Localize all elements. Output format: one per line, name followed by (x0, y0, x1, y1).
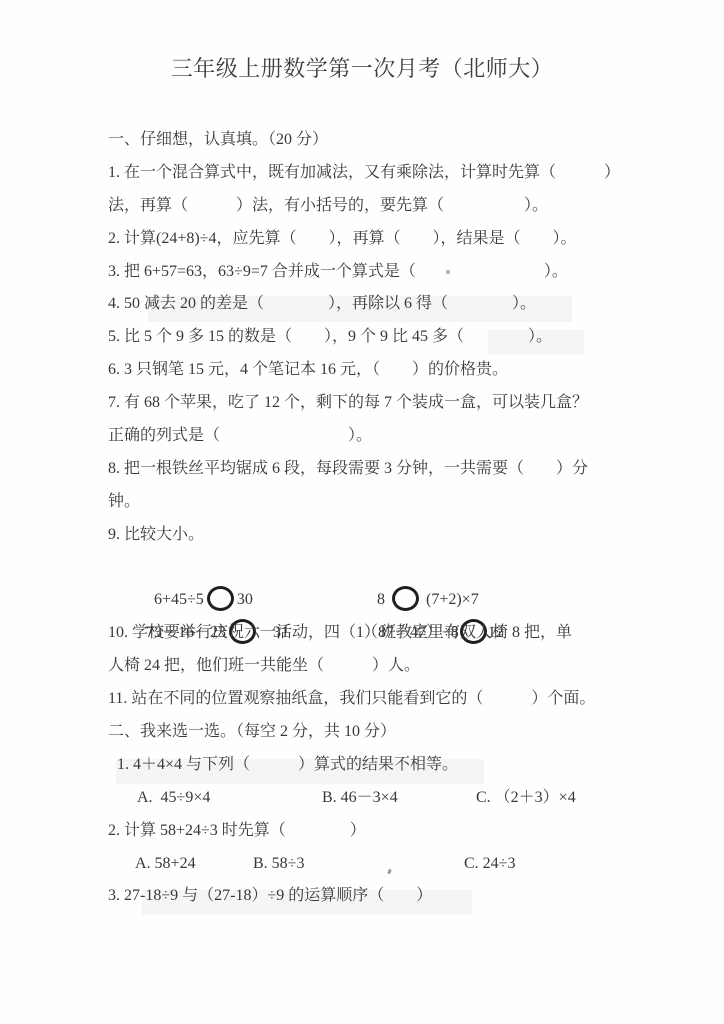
question-4: 4. 50 减去 20 的差是（ ），再除以 6 得（ ）。 (108, 288, 708, 321)
choice-question-1: 1. 4＋4×4 与下列（ ）算式的结果不相等。 (108, 749, 708, 782)
question-11: 11. 站在不同的位置观察抽纸盒，我们只能看到它的（ ）个面。 (108, 683, 708, 716)
section2-heading: 二、我来选一选。（每空 2 分，共 10 分） (108, 716, 708, 749)
question-7-line-1: 7. 有 68 个苹果，吃了 12 个，剩下的每 7 个装成一盒，可以装几盒？ (108, 387, 708, 420)
question-1-line-1: 1. 在一个混合算式中，既有加减法，又有乘除法，计算时先算（ ） (108, 157, 708, 190)
question-8-line-2: 钟。 (108, 486, 708, 519)
choice-question-3: 3. 27-18÷9 与（27-18）÷9 的运算顺序（ ） (108, 880, 708, 913)
option-a: A. 45÷9×4 (137, 782, 210, 815)
question-10-line-1: 10. 学校要举行庆祝六一活动，四（1）班教室里有双人椅 8 把，单 (108, 617, 708, 650)
option-b: B. 58÷3 (253, 848, 304, 881)
exam-page: 三年级上册数学第一次月考（北师大） 一、仔细想，认真填。（20 分） 1. 在一… (0, 0, 724, 1024)
question-8-line-1: 8. 把一根铁丝平均锯成 6 段，每段需要 3 分钟，一共需要（ ）分 (108, 453, 708, 486)
page-title: 三年级上册数学第一次月考（北师大） (0, 52, 724, 83)
comparison-row-2: 73－16－2331 （87－47）÷812 (108, 584, 708, 617)
choice-question-2-options: A. 58+24 B. 58÷3 C. 24÷3 (108, 848, 708, 881)
choice-question-2: 2. 计算 58+24÷3 时先算（ ） (108, 815, 708, 848)
option-c: C. 24÷3 (464, 848, 515, 881)
comparison-row-1: 6+45÷530 8(7+2)×7 (108, 552, 708, 585)
option-a: A. 58+24 (135, 848, 196, 881)
question-6: 6. 3 只钢笔 15 元，4 个笔记本 16 元，（ ）的价格贵。 (108, 354, 708, 387)
question-5: 5. 比 5 个 9 多 15 的数是（ ），9 个 9 比 45 多（ ）。 (108, 321, 708, 354)
question-7-line-2: 正确的列式是（ ）。 (108, 420, 708, 453)
exam-body: 一、仔细想，认真填。（20 分） 1. 在一个混合算式中，既有加减法，又有乘除法… (108, 124, 708, 913)
question-3: 3. 把 6+57=63，63÷9=7 合并成一个算式是（ ）。 (108, 256, 708, 289)
section1-heading: 一、仔细想，认真填。（20 分） (108, 124, 708, 157)
question-9-heading: 9. 比较大小。 (108, 519, 708, 552)
choice-question-1-options: A. 45÷9×4 B. 46－3×4 C. （2＋3）×4 (108, 782, 708, 815)
question-10-line-2: 人椅 24 把，他们班一共能坐（ ）人。 (108, 650, 708, 683)
option-b: B. 46－3×4 (322, 782, 398, 815)
question-2: 2. 计算(24+8)÷4，应先算（ ），再算（ ），结果是（ ）。 (108, 223, 708, 256)
question-1-line-2: 法，再算（ ）法，有小括号的，要先算（ ）。 (108, 190, 708, 223)
option-c: C. （2＋3）×4 (476, 782, 576, 815)
